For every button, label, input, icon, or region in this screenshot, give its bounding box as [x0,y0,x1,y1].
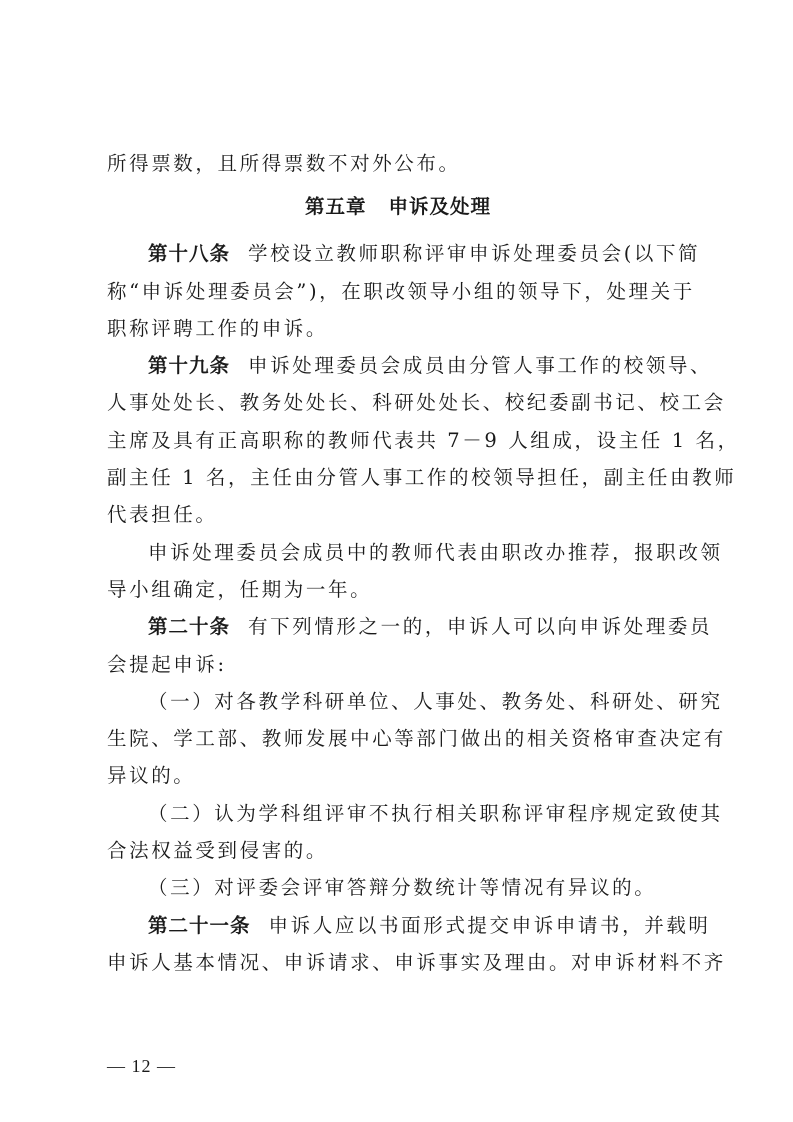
body-line: 合法权益受到侵害的。 [107,832,689,869]
article-18-line-1: 第十八条学校设立教师职称评审申诉处理委员会(以下简 [107,235,689,272]
body-line: 异议的。 [107,757,689,794]
body-line: 职称评聘工作的申诉。 [107,310,689,347]
body-line: 人事处处长、教务处处长、科研处处长、校纪委副书记、校工会 [107,384,689,421]
body-line: 称“申诉处理委员会”)，在职改领导小组的领导下，处理关于 [107,273,689,310]
body-line: 所得票数，且所得票数不对外公布。 [107,145,689,182]
chapter-heading: 第五章申诉及处理 [107,182,689,231]
body-line: 主席及具有正高职称的教师代表共 7－9 人组成，设主任 1 名， [107,422,689,459]
body-line: 会提起申诉: [107,646,689,683]
body-line: 代表担任。 [107,496,689,533]
body-line: 申诉人基本情况、申诉请求、申诉事实及理由。对申诉材料不齐 [107,944,689,981]
article-19-line-1: 第十九条申诉处理委员会成员由分管人事工作的校领导、 [107,347,689,384]
article-label: 第十八条 [148,242,230,265]
body-line: 副主任 1 名，主任由分管人事工作的校领导担任，副主任由教师 [107,459,689,496]
list-item-2: （二）认为学科组评审不执行相关职称评审程序规定致使其 [107,795,689,832]
body-line: 申诉处理委员会成员中的教师代表由职改办推荐，报职改领 [107,534,689,571]
article-label: 第十九条 [148,354,230,377]
body-line: 导小组确定，任期为一年。 [107,571,689,608]
article-20-line-1: 第二十条有下列情形之一的，申诉人可以向申诉处理委员 [107,608,689,645]
article-21-line-1: 第二十一条申诉人应以书面形式提交申诉申请书，并载明 [107,907,689,944]
document-page: 所得票数，且所得票数不对外公布。 第五章申诉及处理 第十八条学校设立教师职称评审… [107,145,689,981]
chapter-title: 申诉及处理 [389,195,492,218]
list-item-1: （一）对各教学科研单位、人事处、教务处、科研处、研究 [107,683,689,720]
list-item-3: （三）对评委会评审答辩分数统计等情况有异议的。 [107,869,689,906]
article-label: 第二十条 [148,615,230,638]
chapter-number: 第五章 [305,195,367,218]
page-number: — 12 — [107,1056,176,1077]
article-label: 第二十一条 [148,914,251,937]
body-line: 生院、学工部、教师发展中心等部门做出的相关资格审查决定有 [107,720,689,757]
